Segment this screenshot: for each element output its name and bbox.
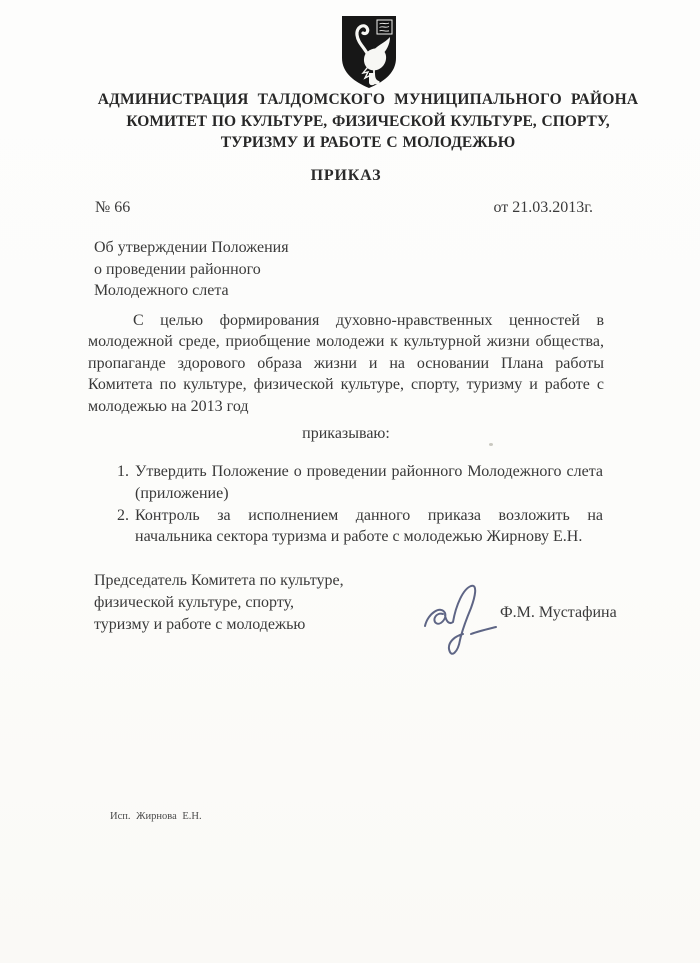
preamble-paragraph: С целью формирования духовно-нравственны… — [88, 310, 604, 417]
document-title: ПРИКАЗ — [88, 167, 604, 185]
item-number: 2. — [117, 505, 135, 549]
item-text: Утвердить Положение о проведении районно… — [135, 461, 603, 505]
item-number: 1. — [117, 461, 135, 505]
order-number: № 66 — [95, 199, 130, 217]
handwritten-signature-icon — [418, 581, 502, 667]
crest-inset — [377, 20, 392, 34]
decree-word: приказываю: — [88, 425, 604, 443]
org-name-line: КОМИТЕТ ПО КУЛЬТУРЕ, ФИЗИЧЕСКОЙ КУЛЬТУРЕ… — [36, 111, 700, 133]
signatory-position: Председатель Комитета по культуре, физич… — [94, 570, 344, 635]
org-name-line: ТУРИЗМУ И РАБОТЕ С МОЛОДЕЖЬЮ — [36, 132, 700, 154]
order-item: 2. Контроль за исполнением данного прика… — [117, 505, 603, 549]
subject-line: Молодежного слета — [94, 280, 289, 302]
item-text: Контроль за исполнением данного приказа … — [135, 505, 603, 549]
signatory-position-line: туризму и работе с молодежью — [94, 614, 344, 636]
signatory-name: Ф.М. Мустафина — [500, 604, 617, 622]
coat-of-arms-icon — [337, 13, 401, 91]
organization-header: АДМИНИСТРАЦИЯ ТАЛДОМСКОГО МУНИЦИПАЛЬНОГО… — [36, 89, 700, 154]
signature-stroke — [425, 586, 496, 654]
scanned-order-document: АДМИНИСТРАЦИЯ ТАЛДОМСКОГО МУНИЦИПАЛЬНОГО… — [0, 0, 700, 963]
subject-block: Об утверждении Положения о проведении ра… — [94, 237, 289, 302]
subject-line: о проведении районного — [94, 259, 289, 281]
order-meta-row: № 66 от 21.03.2013г. — [95, 199, 593, 217]
executor-note: Исп. Жирнова Е.Н. — [110, 811, 202, 822]
scan-artifact — [489, 443, 493, 446]
order-item: 1. Утвердить Положение о проведении райо… — [117, 461, 603, 505]
subject-line: Об утверждении Положения — [94, 237, 289, 259]
order-date: от 21.03.2013г. — [493, 199, 593, 217]
order-items-list: 1. Утвердить Положение о проведении райо… — [117, 461, 603, 548]
signatory-position-line: Председатель Комитета по культуре, — [94, 570, 344, 592]
signatory-position-line: физической культуре, спорту, — [94, 592, 344, 614]
org-name-line: АДМИНИСТРАЦИЯ ТАЛДОМСКОГО МУНИЦИПАЛЬНОГО… — [36, 89, 700, 111]
